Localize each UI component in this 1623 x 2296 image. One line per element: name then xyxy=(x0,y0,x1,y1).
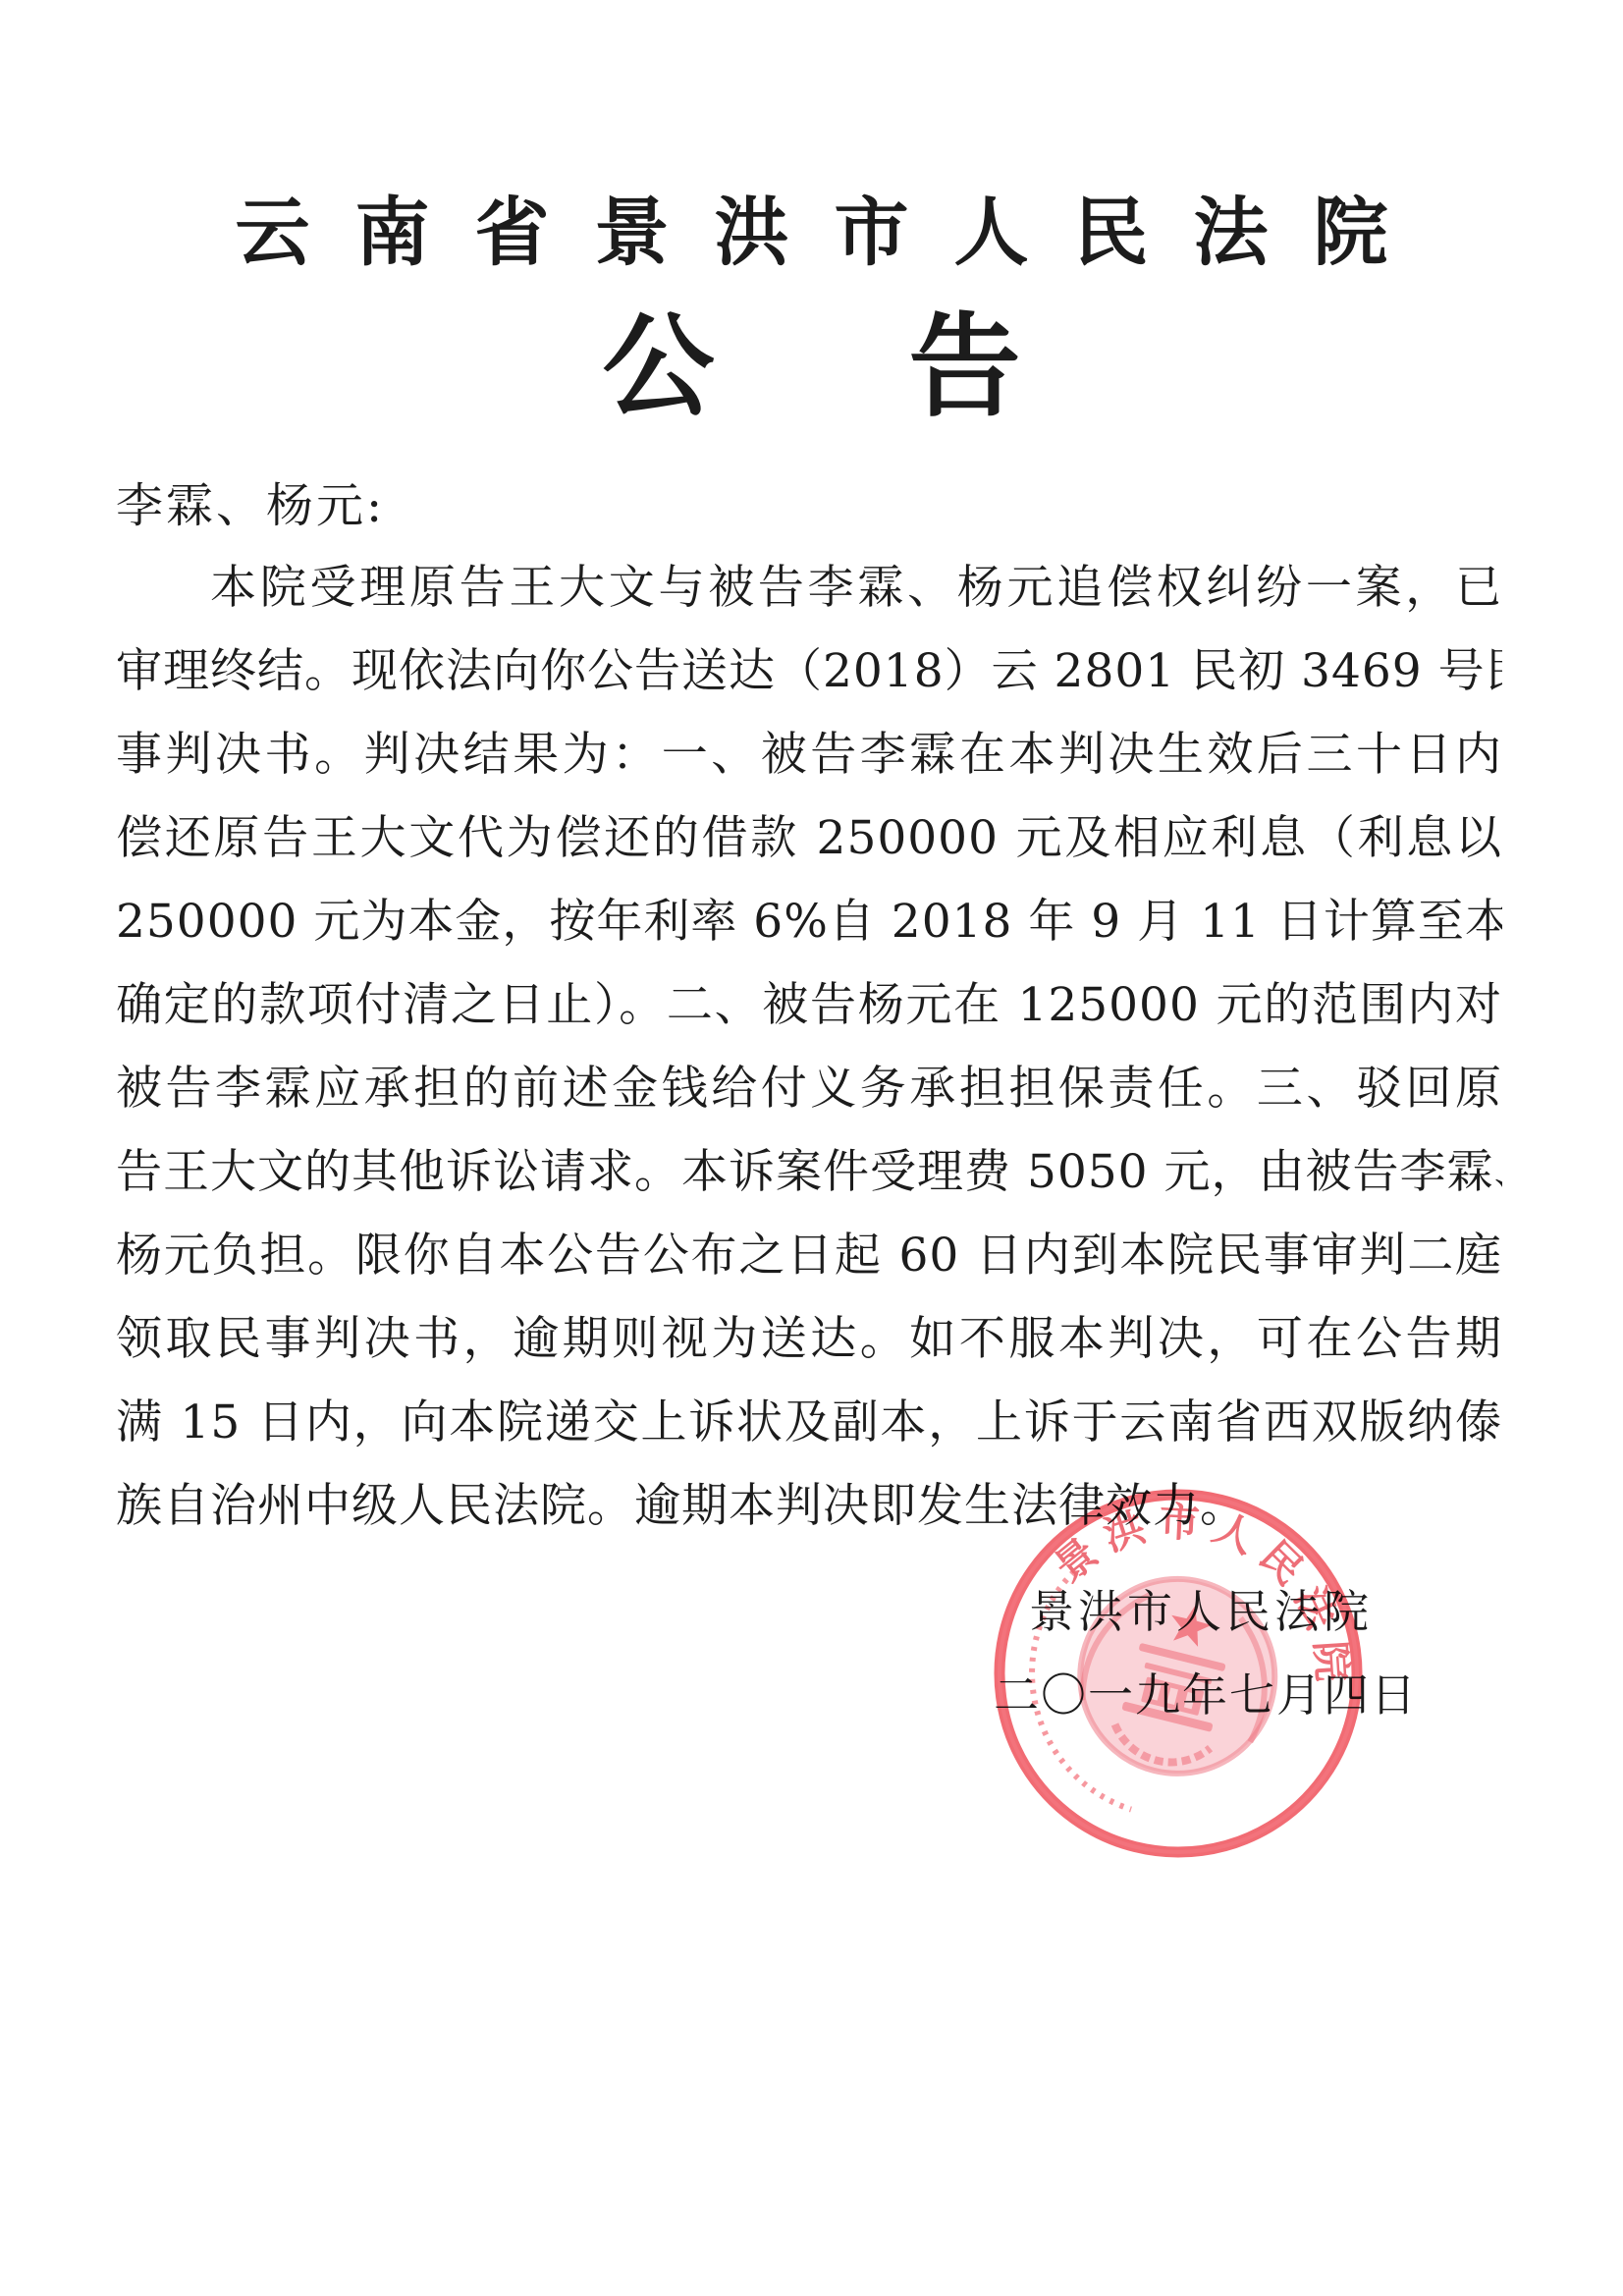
body-line: 杨元负担。限你自本公告公布之日起 60 日内到本院民事审判二庭 xyxy=(116,1214,1502,1297)
announcement-body: 本院受理原告王大文与被告李霖、杨元追偿权纠纷一案，已 审理终结。现依法向你公告送… xyxy=(116,546,1502,1548)
body-line: 250000 元为本金，按年利率 6%自 2018 年 9 月 11 日计算至本… xyxy=(116,880,1502,963)
signature-date: 二〇一九年七月四日 xyxy=(994,1660,1418,1724)
signature-court-name: 景洪市人民法院 xyxy=(1029,1576,1373,1641)
body-line: 审理终结。现依法向你公告送达（2018）云 2801 民初 3469 号民 xyxy=(116,629,1502,713)
body-line: 确定的款项付清之日止）。二、被告杨元在 125000 元的范围内对 xyxy=(116,963,1502,1047)
addressee-line: 李霖、杨元: xyxy=(116,467,385,535)
body-line: 领取民事判决书，逾期则视为送达。如不服本判决，可在公告期 xyxy=(116,1297,1502,1381)
announcement-page: 云南省景洪市人民法院 公告 李霖、杨元: 本院受理原告王大文与被告李霖、杨元追偿… xyxy=(0,0,1623,2296)
body-line: 告王大文的其他诉讼请求。本诉案件受理费 5050 元，由被告李霖、 xyxy=(116,1130,1502,1214)
body-line: 族自治州中级人民法院。逾期本判决即发生法律效力。 xyxy=(116,1464,1502,1548)
body-line: 被告李霖应承担的前述金钱给付义务承担担保责任。三、驳回原 xyxy=(116,1047,1502,1130)
body-line: 事判决书。判决结果为：一、被告李霖在本判决生效后三十日内 xyxy=(116,713,1502,796)
page-title-announcement: 公告 xyxy=(0,277,1623,438)
page-title-court-name: 云南省景洪市人民法院 xyxy=(0,173,1623,280)
body-line: 本院受理原告王大文与被告李霖、杨元追偿权纠纷一案，已 xyxy=(116,546,1502,629)
body-line: 满 15 日内，向本院递交上诉状及副本，上诉于云南省西双版纳傣 xyxy=(116,1381,1502,1464)
body-line: 偿还原告王大文代为偿还的借款 250000 元及相应利息（利息以 xyxy=(116,796,1502,880)
